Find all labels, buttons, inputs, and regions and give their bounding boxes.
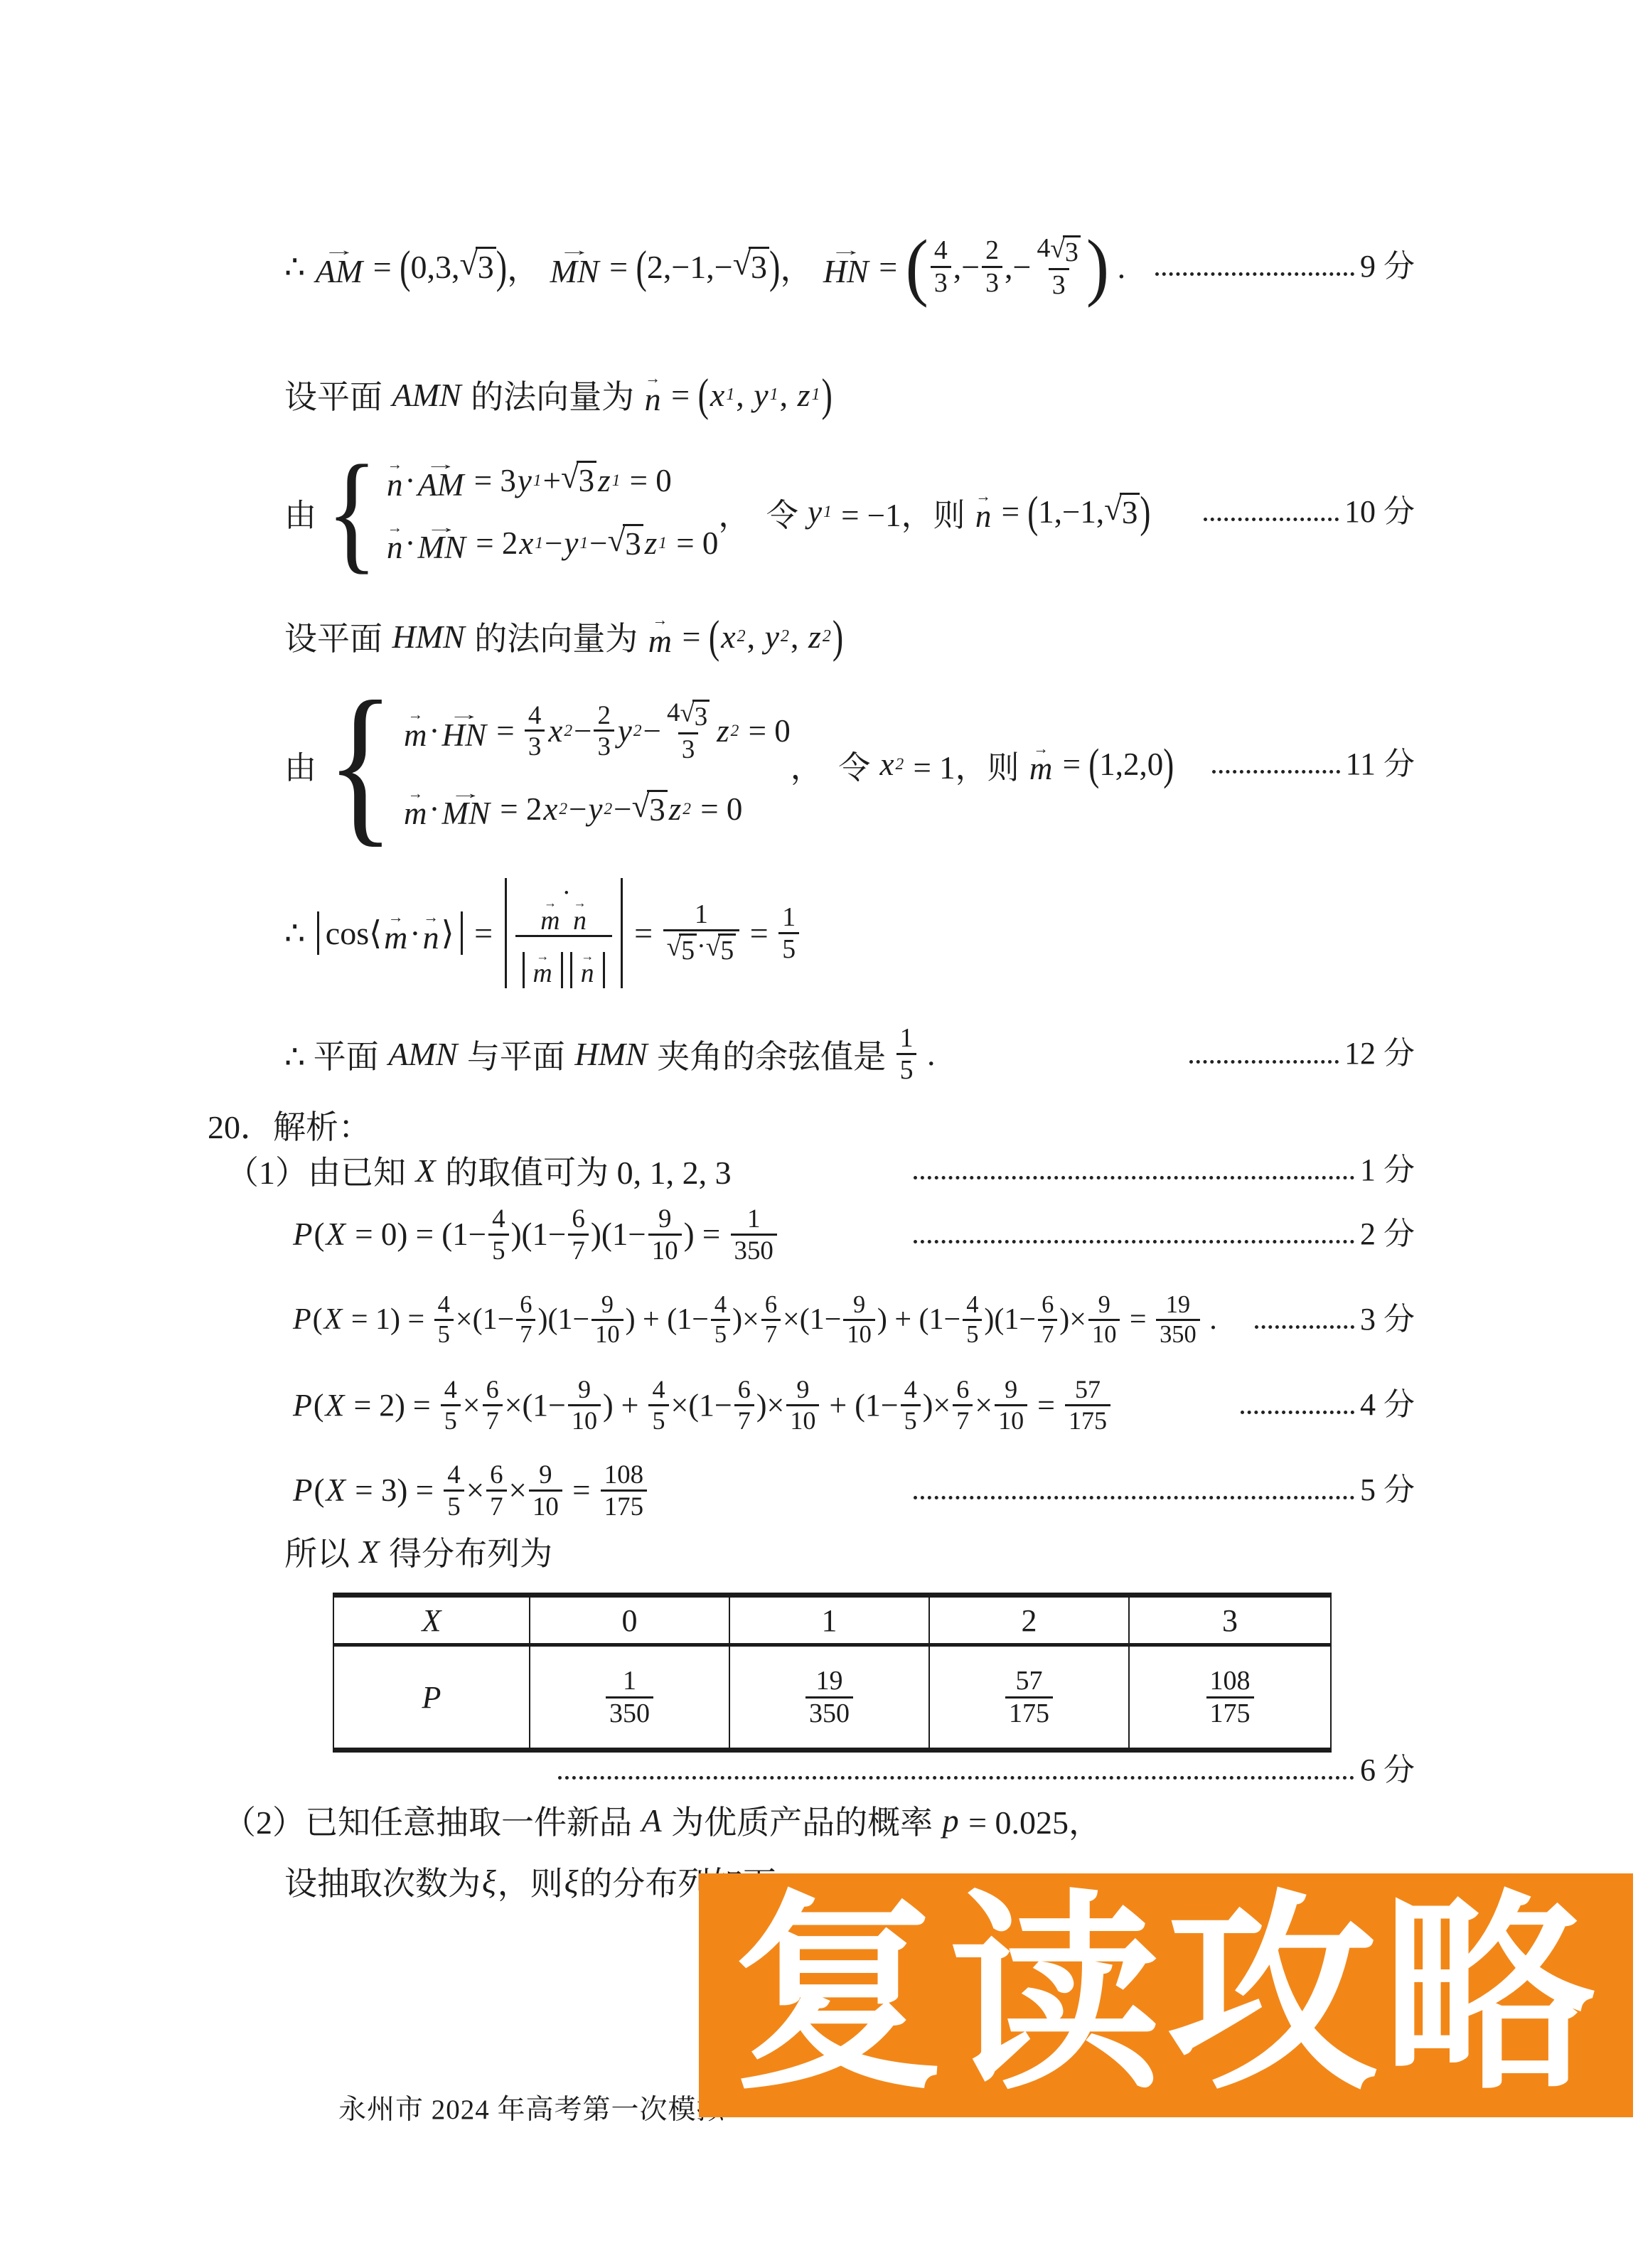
fraction: 67 [734,1375,754,1435]
radical-icon: √ [459,247,477,280]
paren: ) [1163,739,1174,791]
dotted-leader: 5 分 [914,1474,1415,1507]
paren: ( [698,368,709,421]
fraction: 67 [483,1375,503,1435]
fraction: 1√5·√5 [663,899,740,967]
leader-dots [1189,1052,1339,1064]
dotted-leader: 2 分 [914,1218,1415,1251]
fraction: 23 [982,235,1002,297]
vector-arrow-icon: → [448,709,480,718]
formula-line-conclusion: ∴ 平面 AMN 与平面 HMN 夹角的余弦值是 15 . 12 分 [284,1006,1415,1102]
formula-content: P(X = 1) = 45×(1−67)(1−910) + (1−45)×67×… [291,1291,1217,1348]
fraction: 19350 [805,1666,853,1728]
fraction: 910 [995,1375,1027,1435]
vector-m: →m [404,709,427,752]
dotted-leader: 9 分 [1155,250,1415,283]
lead-char: 由 [284,742,316,788]
vector-MN: →MN [418,522,466,565]
equation-system-m: 由 { →m·→HN = 43x2−23y2−4√33z2 = 0 →m·→MN… [284,679,1415,850]
fraction: 67 [1038,1291,1057,1348]
abs-bars: cos⟨→m·→n⟩ [317,911,463,956]
system-equation-1: →n·→AM = 3y1+√3z1 = 0 [385,459,718,502]
fraction: 45 [901,1375,921,1435]
formula-line-set-normal-n: 设平面 AMN 的法向量为 →n = (x1, y1, z1) [284,366,1415,423]
dotted-leader: 4 分 [1241,1389,1415,1421]
vector-m: →m [533,952,552,988]
vector-arrow-icon: → [830,245,862,255]
formula-content: （1）由已知 X 的取值可为 0, 1, 2, 3 [226,1147,732,1194]
watermark: 复读攻略 [699,1873,1633,2117]
fraction: 67 [953,1375,973,1435]
radical-icon: √ [1104,493,1122,525]
vector-n: →n [581,952,594,988]
vector-m: →m [1029,743,1053,786]
vector-arrow-icon: → [426,522,458,531]
paren: ( [709,610,719,663]
fraction: 57175 [1005,1666,1053,1728]
sqrt: √3 [1050,235,1081,268]
sqrt: √3 [733,247,769,287]
dotted-leader: 11 分 [1212,748,1415,781]
sqrt: √3 [680,700,710,732]
fraction: 108175 [601,1460,647,1521]
fraction: 45 [963,1291,982,1348]
vector-n: →n [573,899,587,935]
vector-n: →n [645,373,661,417]
table-row-x: X 0 1 2 3 [333,1595,1331,1645]
leader-dots [914,1487,1354,1499]
vector-n: →n [387,522,403,565]
system-equation-2: →m·→MN = 2x2−y2−√3z2 = 0 [402,788,791,831]
fraction: 45 [711,1291,730,1348]
leader-dots [1241,1402,1354,1414]
fraction: 4√33 [1033,233,1083,301]
formula-content: 设平面 AMN 的法向量为 →n = (x1, y1, z1) [284,371,833,418]
formula-line-set-normal-m: 设平面 HMN 的法向量为 →m = (x2, y2, z2) [284,608,1415,665]
vector-HN: →HN [823,245,869,289]
table-cell-x0: 0 [530,1595,729,1645]
dotted-leader: 10 分 [1204,496,1415,528]
table-cell-p-label: P [333,1645,530,1750]
formula-line-vectors: ∴ →AM = (0,3,√3)， →MN = (2,−1,−√3)， →HN … [284,213,1415,320]
abs-bars: →m·→n→m→n [505,878,623,988]
fraction: 4√33 [663,697,713,764]
fraction: 910 [843,1291,874,1348]
formula-line-px2: P(X = 2) = 45×67×(1−910) + 45×(1−67)×910… [291,1365,1415,1445]
paren: ( [1027,486,1038,538]
leader-dots [1155,264,1354,276]
table-cell-p3: 108175 [1129,1645,1331,1750]
brace-icon: { [326,693,395,835]
vector-m: →m [648,614,672,658]
item-1-line: （1）由已知 X 的取值可为 0, 1, 2, 3 1 分 [226,1149,1415,1192]
vector-m: →m [384,911,407,956]
table-cell-x3: 3 [1129,1595,1331,1645]
paren: ( [400,240,410,293]
formula-content: 所以 X 得分布列为 [284,1528,552,1575]
score-label: 3 分 [1360,1303,1415,1336]
sqrt: √5 [667,934,697,966]
formula-content: 设平面 HMN 的法向量为 →m = (x2, y2, z2) [284,613,843,660]
page-footer: 永州市 2024 年高考第一次模拟 [338,2087,725,2127]
sqrt: √3 [608,524,643,563]
distribution-intro-line: 所以 X 得分布列为 [284,1530,1415,1573]
radical-icon: √ [706,934,721,961]
vector-AM: →AM [316,245,363,289]
paren: ) [822,368,833,421]
formula-line-px3: P(X = 3) = 45×67×910 = 108175 5 分 [291,1450,1415,1530]
vector-arrow-icon: → [450,788,482,797]
vector-n: →n [387,459,403,502]
formula-content: ∴ cos⟨→m·→n⟩ = →m·→n→m→n = 1√5·√5 = 15 [284,878,801,988]
sqrt: √3 [1104,493,1140,532]
equation-system-n: 由 { →n·→AM = 3y1+√3z1 = 0 →n·→MN = 2x1−y… [284,444,1415,579]
paren: ) [769,240,780,293]
table-cell-x2: 2 [929,1595,1129,1645]
vector-n: →n [423,911,439,956]
score-label: 11 分 [1346,748,1415,781]
radical-icon: √ [667,934,682,961]
fraction: 19350 [1156,1291,1200,1348]
vector-AM: →AM [418,459,464,502]
vector-arrow-icon: → [323,245,355,255]
formula-content: （2）已知任意抽取一件新品 A 为优质产品的概率 p = 0.025， [223,1797,1101,1844]
vector-arrow-icon: → [558,245,591,255]
table-cell-p0: 1350 [530,1645,729,1750]
score-label: 5 分 [1360,1474,1415,1507]
fraction: 910 [529,1460,562,1521]
dotted-leader: 12 分 [1189,1037,1415,1070]
vector-n: →n [975,491,992,534]
distribution-table: X 0 1 2 3 P 1350 19350 57175 108175 [333,1593,1330,1753]
formula-line-px1: P(X = 1) = 45×(1−67)(1−910) + (1−45)×67×… [291,1280,1415,1359]
fraction: 108175 [1206,1666,1254,1728]
fraction: 57175 [1065,1375,1110,1435]
vector-arrow-icon: → [424,459,456,468]
fraction: →m·→n→m→n [515,878,612,988]
leader-dots [1204,509,1339,521]
score-label: 9 分 [1360,250,1415,283]
system-equation-1: →m·→HN = 43x2−23y2−4√33z2 = 0 [402,697,791,764]
fraction: 45 [441,1375,461,1435]
paren: ) [496,240,507,293]
dotted-leader: 6 分 [558,1754,1415,1787]
formula-content: P(X = 2) = 45×67×(1−910) + 45×(1−67)×910… [291,1375,1113,1435]
score-label: 4 分 [1360,1389,1415,1421]
heading-text: 20．解析： [208,1101,371,1148]
fraction: 910 [568,1375,601,1435]
leader-dots [1212,761,1340,774]
formula-line-px0: P(X = 0) = (1−45)(1−67)(1−910) = 1350 2 … [291,1194,1415,1274]
leader-dots [1255,1317,1354,1329]
vector-HN: →HN [442,709,487,752]
leader-dots [558,1767,1354,1780]
problem-20-heading: 20．解析： [208,1103,1415,1146]
fraction: 15 [778,902,799,964]
radical-icon: √ [680,700,694,727]
vector-MN: →MN [442,788,491,831]
fraction: 43 [525,700,545,761]
score-label: 12 分 [1344,1037,1415,1070]
fraction: 67 [568,1204,588,1265]
paren: ) [1086,229,1109,304]
paren: ( [636,240,647,293]
fraction: 1350 [606,1666,653,1728]
fraction: 43 [931,235,951,297]
score-label: 10 分 [1344,496,1415,528]
fraction: 15 [896,1023,917,1085]
fraction: 45 [434,1291,454,1348]
score-6-line: 6 分 [558,1750,1415,1790]
vector-m: →m [404,788,427,831]
fraction: 23 [594,700,614,761]
formula-content: ， 令 x2 = 1，则 →m = (1,2,0) [791,742,1174,788]
fraction: 910 [786,1375,819,1435]
fraction: 67 [761,1291,781,1348]
radical-icon: √ [1050,235,1065,262]
fraction: 45 [488,1204,508,1265]
fraction: 45 [444,1460,464,1521]
score-label: 1 分 [1360,1154,1415,1187]
sqrt: √3 [459,247,496,287]
table-cell-p1: 19350 [729,1645,929,1750]
formula-content: ∴ 平面 AMN 与平面 HMN 夹角的余弦值是 15 . [284,1023,935,1085]
fraction: 45 [648,1375,668,1435]
table-row-p: P 1350 19350 57175 108175 [333,1645,1331,1750]
sqrt: √3 [561,461,596,500]
paren: ) [1140,486,1150,538]
paren: ( [906,229,928,304]
lead-char: 由 [284,489,316,535]
leader-dots [914,1167,1354,1180]
vector-m: →m [540,899,560,935]
formula-line-cosine: ∴ cos⟨→m·→n⟩ = →m·→n→m→n = 1√5·√5 = 15 [284,871,1415,995]
abs-bars: →m [523,952,563,988]
formula-content: ， 令 y1 = −1，则 →n = (1,−1,√3) [718,489,1150,535]
dotted-leader: 1 分 [914,1154,1415,1187]
radical-icon: √ [608,525,626,557]
sqrt: √3 [632,790,668,829]
score-label: 2 分 [1360,1218,1415,1251]
dotted-leader: 3 分 [1255,1303,1415,1336]
formula-content: P(X = 0) = (1−45)(1−67)(1−910) = 1350 [291,1204,779,1265]
page: { "page": { "background": "#ffffff", "te… [0,0,1638,2268]
radical-icon: √ [632,791,650,823]
fraction: 1350 [731,1204,777,1265]
table-cell-p2: 57175 [929,1645,1129,1750]
fraction: 67 [486,1460,506,1521]
vector-MN: →MN [550,245,599,289]
fraction: 910 [648,1204,682,1265]
abs-bars: →n [570,952,605,988]
paren: ) [833,610,843,663]
formula-content: ∴ →AM = (0,3,√3)， →MN = (2,−1,−√3)， →HN … [284,232,1125,301]
score-label: 6 分 [1360,1754,1415,1787]
radical-icon: √ [733,247,751,280]
system-equation-2: →n·→MN = 2x1−y1−√3z1 = 0 [385,522,718,565]
fraction: 910 [1088,1291,1120,1348]
fraction: 910 [591,1291,623,1348]
fraction: 67 [516,1291,535,1348]
sqrt: √5 [706,934,737,966]
leader-dots [914,1231,1354,1243]
table-cell-x-label: X [333,1595,530,1645]
item-2-line: （2）已知任意抽取一件新品 A 为优质产品的概率 p = 0.025， [223,1799,1415,1841]
table-cell-x1: 1 [729,1595,929,1645]
brace-icon: { [326,459,378,565]
formula-content: P(X = 3) = 45×67×910 = 108175 [291,1460,649,1521]
paren: ( [1088,739,1099,791]
radical-icon: √ [561,461,579,493]
